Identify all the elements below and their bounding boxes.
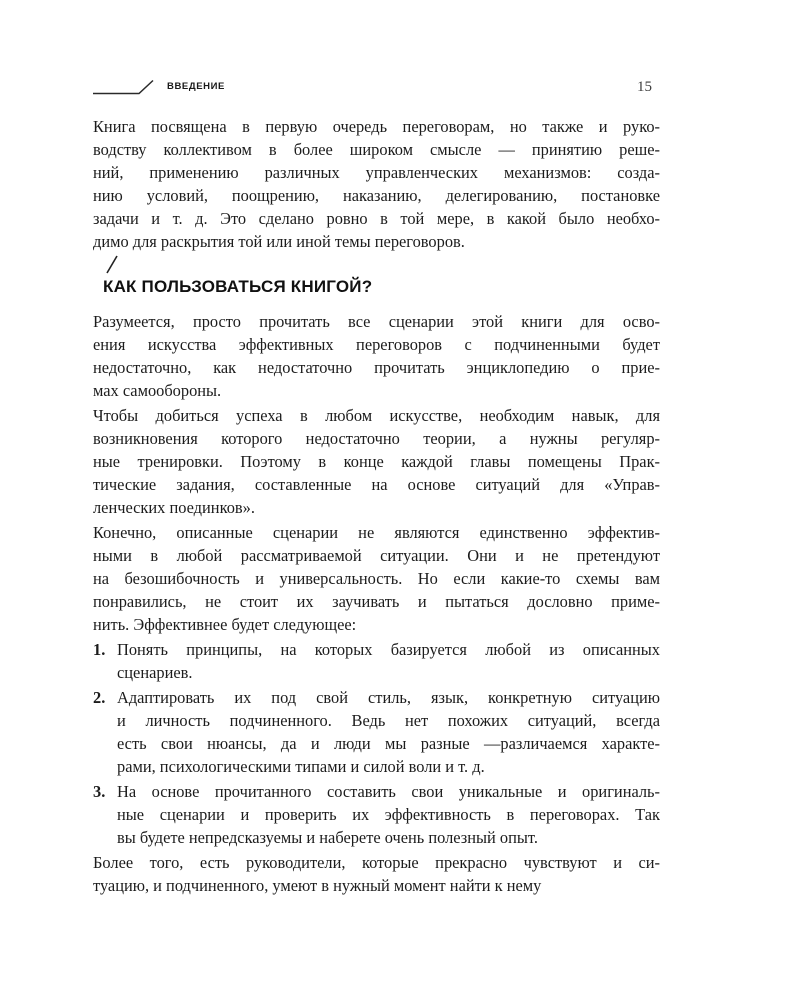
text-line: ные тренировки. Поэтому в конце каждой г… (93, 450, 660, 473)
text-line: недостаточно, как недостаточно прочитать… (93, 356, 660, 379)
text-line: есть свои нюансы, да и люди мы разные —р… (117, 732, 660, 755)
text-line: и личность подчиненного. Ведь нет похожи… (117, 709, 660, 732)
text-line: понравились, не стоит их заучивать и пыт… (93, 590, 660, 613)
page-number: 15 (637, 79, 652, 96)
text-line: Чтобы добиться успеха в любом искусстве,… (93, 404, 660, 427)
text-line: ленческих поединков». (93, 496, 660, 519)
text-line: димо для раскрытия той или иной темы пер… (93, 230, 660, 253)
text-line: Разумеется, просто прочитать все сценари… (93, 310, 660, 333)
text-line: Книга посвящена в первую очередь перегов… (93, 115, 660, 138)
paragraph: Конечно, описанные сценарии не являются … (93, 521, 660, 636)
list-item: 1.Понять принципы, на которых базируется… (93, 638, 660, 684)
text-line: Конечно, описанные сценарии не являются … (93, 521, 660, 544)
text-line: Более того, есть руководители, которые п… (93, 851, 660, 874)
text-line: мах самообороны. (93, 379, 660, 402)
text-line: рами, психологическими типами и силой во… (117, 755, 660, 778)
list-marker: 2. (93, 686, 117, 778)
text-body: Книга посвящена в первую очередь перегов… (93, 115, 660, 897)
text-line: ний, применению различных управленческих… (93, 161, 660, 184)
text-line: нить. Эффективнее будет следующее: (93, 613, 660, 636)
text-line: Понять принципы, на которых базируется л… (117, 638, 660, 661)
running-head-label: ВВЕДЕНИЕ (167, 81, 225, 92)
list-item: 3.На основе прочитанного составить свои … (93, 780, 660, 849)
paragraph: Книга посвящена в первую очередь перегов… (93, 115, 660, 253)
paragraph: Разумеется, просто прочитать все сценари… (93, 310, 660, 402)
text-line: задачи и т. д. Это сделано ровно в той м… (93, 207, 660, 230)
text-line: Адаптировать их под свой стиль, язык, ко… (117, 686, 660, 709)
text-line: На основе прочитанного составить свои ун… (117, 780, 660, 803)
text-line: туацию, и подчиненного, умеют в нужный м… (93, 874, 660, 897)
section-heading: КАК ПОЛЬЗОВАТЬСЯ КНИГОЙ? (103, 276, 660, 298)
list-marker: 3. (93, 780, 117, 849)
text-line: ными в любой рассматриваемой ситуации. О… (93, 544, 660, 567)
text-line: ные сценарии и проверить их эффективност… (117, 803, 660, 826)
heading-slash-icon (104, 255, 120, 274)
list-content: Адаптировать их под свой стиль, язык, ко… (117, 686, 660, 778)
text-line: нию условий, поощрению, наказанию, делег… (93, 184, 660, 207)
list-content: На основе прочитанного составить свои ун… (117, 780, 660, 849)
text-line: сценариев. (117, 661, 660, 684)
list-content: Понять принципы, на которых базируется л… (117, 638, 660, 684)
text-line: возникновения которого недостаточно теор… (93, 427, 660, 450)
text-line: на безошибочность и универсальность. Но … (93, 567, 660, 590)
book-page: ВВЕДЕНИЕ 15 Книга посвящена в первую оче… (0, 0, 800, 1000)
text-line: ения искусства эффективных переговоров с… (93, 333, 660, 356)
section-heading-block: КАК ПОЛЬЗОВАТЬСЯ КНИГОЙ? (103, 255, 660, 298)
chapter-rule-slash-icon (92, 79, 156, 95)
text-line: тические задания, составленные на основе… (93, 473, 660, 496)
list-item: 2.Адаптировать их под свой стиль, язык, … (93, 686, 660, 778)
paragraph: Чтобы добиться успеха в любом искусстве,… (93, 404, 660, 519)
text-line: водству коллективом в более широком смыс… (93, 138, 660, 161)
paragraph: Более того, есть руководители, которые п… (93, 851, 660, 897)
text-line: вы будете непредсказуемы и наберете очен… (117, 826, 660, 849)
list-marker: 1. (93, 638, 117, 684)
